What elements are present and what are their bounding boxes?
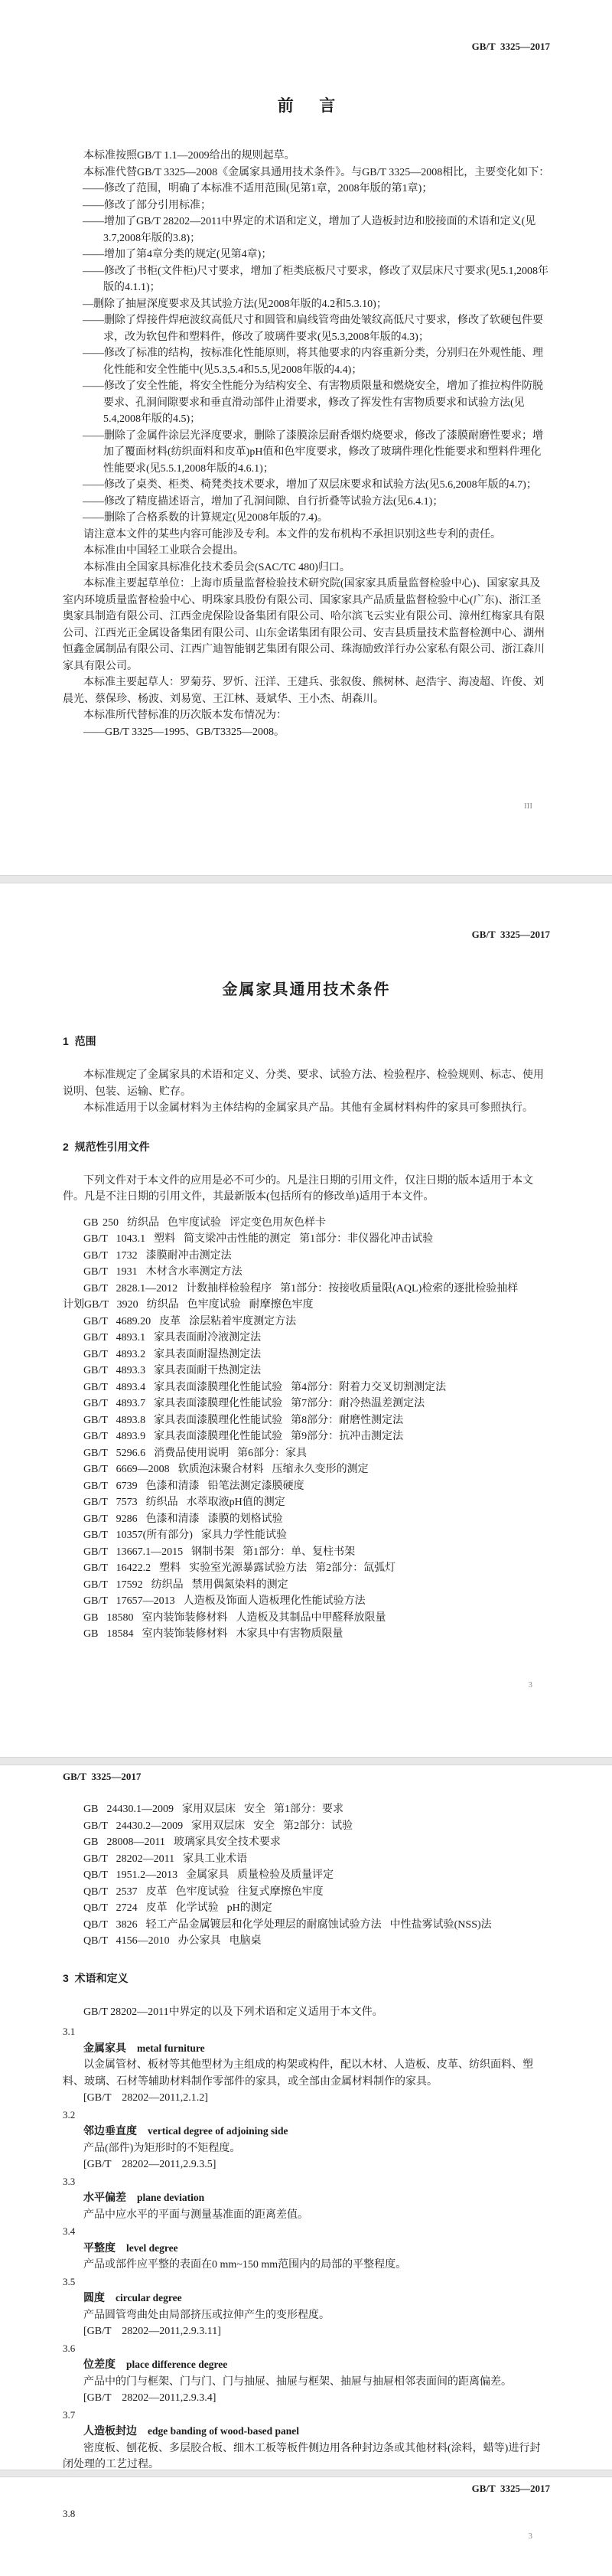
foreword-change-item: ——增加了GB/T 28202—2011中界定的术语和定义，增加了人造板封边和胶… bbox=[63, 214, 550, 246]
foreword-paragraph: 本标准按照GB/T 1.1—2009给出的规则起草。 bbox=[63, 148, 550, 165]
reference-entry: GB 250 纺织品 色牢度试验 评定变色用灰色样卡 bbox=[63, 1215, 550, 1232]
reference-entry: GB/T 4893.9 家具表面漆膜理化性能试验 第9部分：抗冲击测定法 bbox=[63, 1428, 550, 1445]
reference-entry: GB 24430.1—2009 家用双层床 安全 第1部分：要求 bbox=[63, 1801, 550, 1818]
foreword-title: 前言 bbox=[63, 96, 550, 117]
reference-entry: GB/T 4893.3 家具表面耐干热测定法 bbox=[63, 1363, 550, 1379]
term-name-chinese: 水平偏差 bbox=[83, 2191, 126, 2203]
reference-entry: GB/T 9286 色漆和清漆 漆膜的划格试验 bbox=[63, 1511, 550, 1528]
term-number: 3.2 bbox=[63, 2107, 550, 2124]
foreword-intro-paragraphs: 本标准按照GB/T 1.1—2009给出的规则起草。本标准代替GB/T 3325… bbox=[63, 148, 550, 181]
terms-list: 3.1金属家具metal furniture以金属管材、板材等其他型材为主组成的… bbox=[63, 2023, 550, 2470]
reference-entry: GB/T 4689.20 皮革 涂层粘着牢度测定方法 bbox=[63, 1314, 550, 1330]
foreword-change-item: ——删除了合格系数的计算规定(见2008年版的7.4)。 bbox=[63, 510, 550, 527]
references-intro: 下列文件对于本文件的应用是必不可少的。凡是注日期的引用文件，仅注日期的版本适用于… bbox=[63, 1173, 550, 1206]
term-name-chinese: 人造板封边 bbox=[83, 2424, 137, 2437]
foreword-paragraph: 本标准所代替标准的历次版本发布情况为： bbox=[63, 707, 550, 724]
foreword-change-item: —删除了抽屉深度要求及其试验方法(见2008年版的4.2和5.3.10)； bbox=[63, 296, 550, 313]
page-main-1: GB/T 3325—2017 金属家具通用技术条件 1 范围 本标准规定了金属家… bbox=[0, 883, 612, 1757]
term-number: 3.5 bbox=[63, 2274, 550, 2290]
foreword-change-item: ——修改了精度描述语言，增加了孔洞间隙、自行折叠等试验方法(见6.4.1)； bbox=[63, 494, 550, 511]
page-number: 3 bbox=[529, 2531, 533, 2542]
foreword-paragraph: 本标准主要起草单位：上海市质量监督检验技术研究院(国家家具质量监督检验中心)、国… bbox=[63, 576, 550, 674]
reference-entry: GB/T 4893.2 家具表面耐湿热测定法 bbox=[63, 1347, 550, 1363]
reference-list-continued: GB 24430.1—2009 家用双层床 安全 第1部分：要求GB/T 244… bbox=[63, 1801, 550, 1950]
page-separator bbox=[0, 1757, 612, 1765]
page-separator bbox=[0, 875, 612, 883]
reference-entry: GB/T 24430.2—2009 家用双层床 安全 第2部分：试验 bbox=[63, 1818, 550, 1835]
foreword-change-item: ——修改了安全性能，将安全性能分为结构安全、有害物质限量和燃烧安全，增加了推拉构… bbox=[63, 378, 550, 428]
term-entry: 3.3水平偏差plane deviation产品中应水平的平面与测量基准面的距离… bbox=[63, 2173, 550, 2224]
reference-entry: QB/T 3826 轻工产品金属镀层和化学处理层的耐腐蚀试验方法 中性盐雾试验(… bbox=[63, 1917, 550, 1934]
term-name: 平整度level degree bbox=[63, 2240, 550, 2258]
foreword-change-item: ——修改了桌类、柜类、椅凳类技术要求，增加了双层床要求和试验方法(见5.6,20… bbox=[63, 477, 550, 494]
term-name: 金属家具metal furniture bbox=[63, 2040, 550, 2058]
reference-entry: QB/T 2724 皮革 化学试验 pH的测定 bbox=[63, 1900, 550, 1917]
reference-entry: GB 18580 室内装饰装修材料 人造板及其制品中甲醛释放限量 bbox=[63, 1610, 550, 1627]
term-name: 水平偏差plane deviation bbox=[63, 2189, 550, 2207]
page-number: III bbox=[524, 801, 532, 811]
term-name-chinese: 圆度 bbox=[83, 2291, 105, 2303]
foreword-change-item: ——修改了范围，明确了本标准不适用范围(见第1章，2008年版的第1章)； bbox=[63, 181, 550, 198]
term-name-chinese: 邻边垂直度 bbox=[83, 2124, 137, 2137]
term-entry: 3.5圆度circular degree产品圆管弯曲处由局部挤压或拉伸产生的变形… bbox=[63, 2274, 550, 2340]
foreword-paragraph: 请注意本文件的某些内容可能涉及专利。本文件的发布机构不承担识别这些专利的责任。 bbox=[63, 527, 550, 544]
term-name-english: place difference degree bbox=[126, 2359, 227, 2370]
foreword-paragraph: 本标准由中国轻工业联合会提出。 bbox=[63, 543, 550, 560]
reference-entry: 计划GB/T 3920 纺织品 色牢度试验 耐摩擦色牢度 bbox=[63, 1297, 550, 1314]
term-name-english: level degree bbox=[126, 2242, 178, 2254]
foreword-change-item: ——删除了焊接件焊疤波纹高低尺寸和圆管和扁线管弯曲处皱纹高低尺寸要求，修改了软硬… bbox=[63, 312, 550, 345]
term-entry: 3.6位差度place difference degree产品中的门与框架、门与… bbox=[63, 2340, 550, 2407]
standard-code-header: GB/T 3325—2017 bbox=[63, 2482, 550, 2495]
reference-entry: GB/T 4893.8 家具表面漆膜理化性能试验 第8部分：耐磨性测定法 bbox=[63, 1412, 550, 1429]
term-number: 3.7 bbox=[63, 2407, 550, 2424]
term-number: 3.6 bbox=[63, 2340, 550, 2357]
term-source: [GB/T 28202—2011,2.9.3.4] bbox=[63, 2390, 550, 2407]
reference-entry: GB/T 13667.1—2015 钢制书架 第1部分：单、复柱书架 bbox=[63, 1544, 550, 1561]
page-foreword: GB/T 3325—2017 前言 本标准按照GB/T 1.1—2009给出的规… bbox=[0, 0, 612, 875]
reference-entry: GB 18584 室内装饰装修材料 木家具中有害物质限量 bbox=[63, 1626, 550, 1643]
next-clause-number: 3.8 bbox=[63, 2507, 550, 2520]
term-entry: 3.1金属家具metal furniture以金属管材、板材等其他型材为主组成的… bbox=[63, 2023, 550, 2107]
reference-entry: GB/T 6739 色漆和清漆 铅笔法测定漆膜硬度 bbox=[63, 1478, 550, 1495]
reference-entry: GB/T 5296.6 消费品使用说明 第6部分：家具 bbox=[63, 1445, 550, 1462]
foreword-paragraph: 本标准主要起草人：罗菊芬、罗忻、汪洋、王建兵、张叙俊、熊树林、赵浩宇、海凌超、许… bbox=[63, 674, 550, 707]
standard-code-header: GB/T 3325—2017 bbox=[63, 928, 550, 941]
foreword-change-item: ——删除了金属件涂层光泽度要求，删除了漆膜涂层耐香烟灼烧要求，修改了漆膜耐磨性要… bbox=[63, 428, 550, 478]
section-heading-references: 2 规范性引用文件 bbox=[63, 1140, 550, 1154]
reference-entry: GB/T 7573 纺织品 水萃取液pH值的测定 bbox=[63, 1494, 550, 1511]
standard-code-header: GB/T 3325—2017 bbox=[63, 40, 550, 53]
term-entry: 3.4平整度level degree产品或部件应平整的表面在0 mm~150 m… bbox=[63, 2223, 550, 2274]
term-definition: 产品圆管弯曲处由局部挤压或拉伸产生的变形程度。 bbox=[63, 2307, 550, 2324]
foreword-change-item: ——修改了标准的结构，按标准化性能原则，将其他要求的内容重新分类，分别归在外观性… bbox=[63, 345, 550, 378]
reference-entry: GB/T 17657—2013 人造板及饰面人造板理化性能试验方法 bbox=[63, 1593, 550, 1610]
reference-entry: GB/T 1732 漆膜耐冲击测定法 bbox=[63, 1248, 550, 1265]
term-name-english: vertical degree of adjoining side bbox=[148, 2125, 288, 2137]
document-title: 金属家具通用技术条件 bbox=[63, 979, 550, 1001]
foreword-closing-paragraphs: 请注意本文件的某些内容可能涉及专利。本文件的发布机构不承担识别这些专利的责任。本… bbox=[63, 527, 550, 741]
term-number: 3.1 bbox=[63, 2023, 550, 2040]
terms-intro: GB/T 28202—2011中界定的以及下列术语和定义适用于本文件。 bbox=[63, 2004, 550, 2021]
reference-entry: GB/T 28202—2011 家具工业术语 bbox=[63, 1851, 550, 1868]
foreword-change-list: ——修改了范围，明确了本标准不适用范围(见第1章，2008年版的第1章)；——修… bbox=[63, 181, 550, 527]
term-name: 邻边垂直度vertical degree of adjoining side bbox=[63, 2123, 550, 2140]
term-name: 人造板封边edge banding of wood-based panel bbox=[63, 2423, 550, 2441]
scope-paragraph: 本标准规定了金属家具的术语和定义、分类、要求、试验方法、检验程序、检验规则、标志… bbox=[63, 1067, 550, 1100]
term-name: 位差度place difference degree bbox=[63, 2356, 550, 2374]
reference-entry: QB/T 2537 皮革 色牢度试验 往复式摩擦色牢度 bbox=[63, 1884, 550, 1901]
page-main-2: GB/T 3325—2017 GB 24430.1—2009 家用双层床 安全 … bbox=[0, 1765, 612, 2470]
reference-entry: GB 28008—2011 玻璃家具安全技术要求 bbox=[63, 1834, 550, 1851]
term-name: 圆度circular degree bbox=[63, 2290, 550, 2307]
reference-entry: GB/T 6669—2008 软质泡沫聚合材料 压缩永久变形的测定 bbox=[63, 1461, 550, 1478]
standard-code-header: GB/T 3325—2017 bbox=[63, 1770, 550, 1783]
page-number: 3 bbox=[529, 1680, 533, 1690]
foreword-paragraph: ——GB/T 3325—1995、GB/T3325—2008。 bbox=[63, 724, 550, 741]
term-source: [GB/T 28202—2011,2.1.2] bbox=[63, 2090, 550, 2107]
reference-list: GB 250 纺织品 色牢度试验 评定变色用灰色样卡GB/T 1043.1 塑料… bbox=[63, 1215, 550, 1643]
term-definition: 产品(部件)为矩形时的不矩程度。 bbox=[63, 2140, 550, 2157]
reference-entry: GB/T 1931 木材含水率测定方法 bbox=[63, 1264, 550, 1281]
term-name-english: circular degree bbox=[116, 2292, 182, 2303]
page-main-3-fragment: GB/T 3325—2017 3.8 3 bbox=[0, 2477, 612, 2576]
term-number: 3.3 bbox=[63, 2173, 550, 2190]
term-source: [GB/T 28202—2011,2.9.3.5] bbox=[63, 2156, 550, 2173]
term-definition: 产品中的门与框架、门与门、门与抽屉、抽屉与框架、抽屉与抽屉相邻表面间的距离偏差。 bbox=[63, 2374, 550, 2391]
foreword-change-item: ——修改了书柜(文件柜)尺寸要求，增加了柜类底板尺寸要求，修改了双层床尺寸要求(… bbox=[63, 263, 550, 296]
term-name-chinese: 位差度 bbox=[83, 2358, 116, 2370]
term-name-chinese: 金属家具 bbox=[83, 2042, 126, 2054]
foreword-paragraph: 本标准由全国家具标准化技术委员会(SAC/TC 480)归口。 bbox=[63, 560, 550, 576]
foreword-paragraph: 本标准代替GB/T 3325—2008《金属家具通用技术条件》。与GB/T 33… bbox=[63, 165, 550, 181]
scope-paragraphs: 本标准规定了金属家具的术语和定义、分类、要求、试验方法、检验程序、检验规则、标志… bbox=[63, 1067, 550, 1117]
term-entry: 3.2邻边垂直度vertical degree of adjoining sid… bbox=[63, 2107, 550, 2173]
reference-entry: GB/T 4893.4 家具表面漆膜理化性能试验 第4部分：附着力交叉切割测定法 bbox=[63, 1379, 550, 1396]
term-name-english: plane deviation bbox=[137, 2192, 204, 2203]
reference-entry: GB/T 10357(所有部分) 家具力学性能试验 bbox=[63, 1527, 550, 1544]
document: GB/T 3325—2017 前言 本标准按照GB/T 1.1—2009给出的规… bbox=[0, 0, 612, 2576]
foreword-change-item: ——修改了部分引用标准； bbox=[63, 198, 550, 214]
reference-entry: GB/T 4893.1 家具表面耐冷液测定法 bbox=[63, 1330, 550, 1347]
page-separator bbox=[0, 2470, 612, 2477]
reference-entry: GB/T 1043.1 塑料 简支梁冲击性能的测定 第1部分：非仪器化冲击试验 bbox=[63, 1231, 550, 1248]
term-number: 3.4 bbox=[63, 2223, 550, 2240]
reference-entry: GB/T 4893.7 家具表面漆膜理化性能试验 第7部分：耐冷热温差测定法 bbox=[63, 1396, 550, 1412]
term-definition: 密度板、刨花板、多层胶合板、细木工板等板件侧边用各种封边条或其他材料(涂料，蜡等… bbox=[63, 2441, 550, 2470]
reference-entry: QB/T 4156—2010 办公家具 电脑桌 bbox=[63, 1933, 550, 1950]
section-heading-scope: 1 范围 bbox=[63, 1034, 550, 1049]
term-entry: 3.7人造板封边edge banding of wood-based panel… bbox=[63, 2407, 550, 2470]
term-definition: 产品中应水平的平面与测量基准面的距离差值。 bbox=[63, 2207, 550, 2224]
section-heading-terms: 3 术语和定义 bbox=[63, 1971, 550, 1986]
reference-entry: GB/T 2828.1—2012 计数抽样检验程序 第1部分：按接收质量限(AQ… bbox=[63, 1281, 550, 1298]
term-definition: 产品或部件应平整的表面在0 mm~150 mm范围内的局部的平整程度。 bbox=[63, 2257, 550, 2274]
foreword-change-item: ——增加了第4章分类的规定(见第4章)； bbox=[63, 246, 550, 263]
reference-entry: GB/T 17592 纺织品 禁用偶氮染料的测定 bbox=[63, 1577, 550, 1594]
reference-entry: GB/T 16422.2 塑料 实验室光源暴露试验方法 第2部分：氙弧灯 bbox=[63, 1560, 550, 1577]
term-name-english: edge banding of wood-based panel bbox=[148, 2425, 299, 2437]
term-name-english: metal furniture bbox=[137, 2042, 205, 2054]
term-name-chinese: 平整度 bbox=[83, 2241, 116, 2254]
reference-entry: QB/T 1951.2—2013 金属家具 质量检验及质量评定 bbox=[63, 1867, 550, 1884]
term-definition: 以金属管材、板材等其他型材为主组成的构架或构件，配以木材、人造板、皮革、纺织面料… bbox=[63, 2057, 550, 2090]
term-source: [GB/T 28202—2011,2.9.3.11] bbox=[63, 2323, 550, 2340]
scope-paragraph: 本标准适用于以金属材料为主体结构的金属家具产品。其他有金属材料构件的家具可参照执… bbox=[63, 1100, 550, 1117]
